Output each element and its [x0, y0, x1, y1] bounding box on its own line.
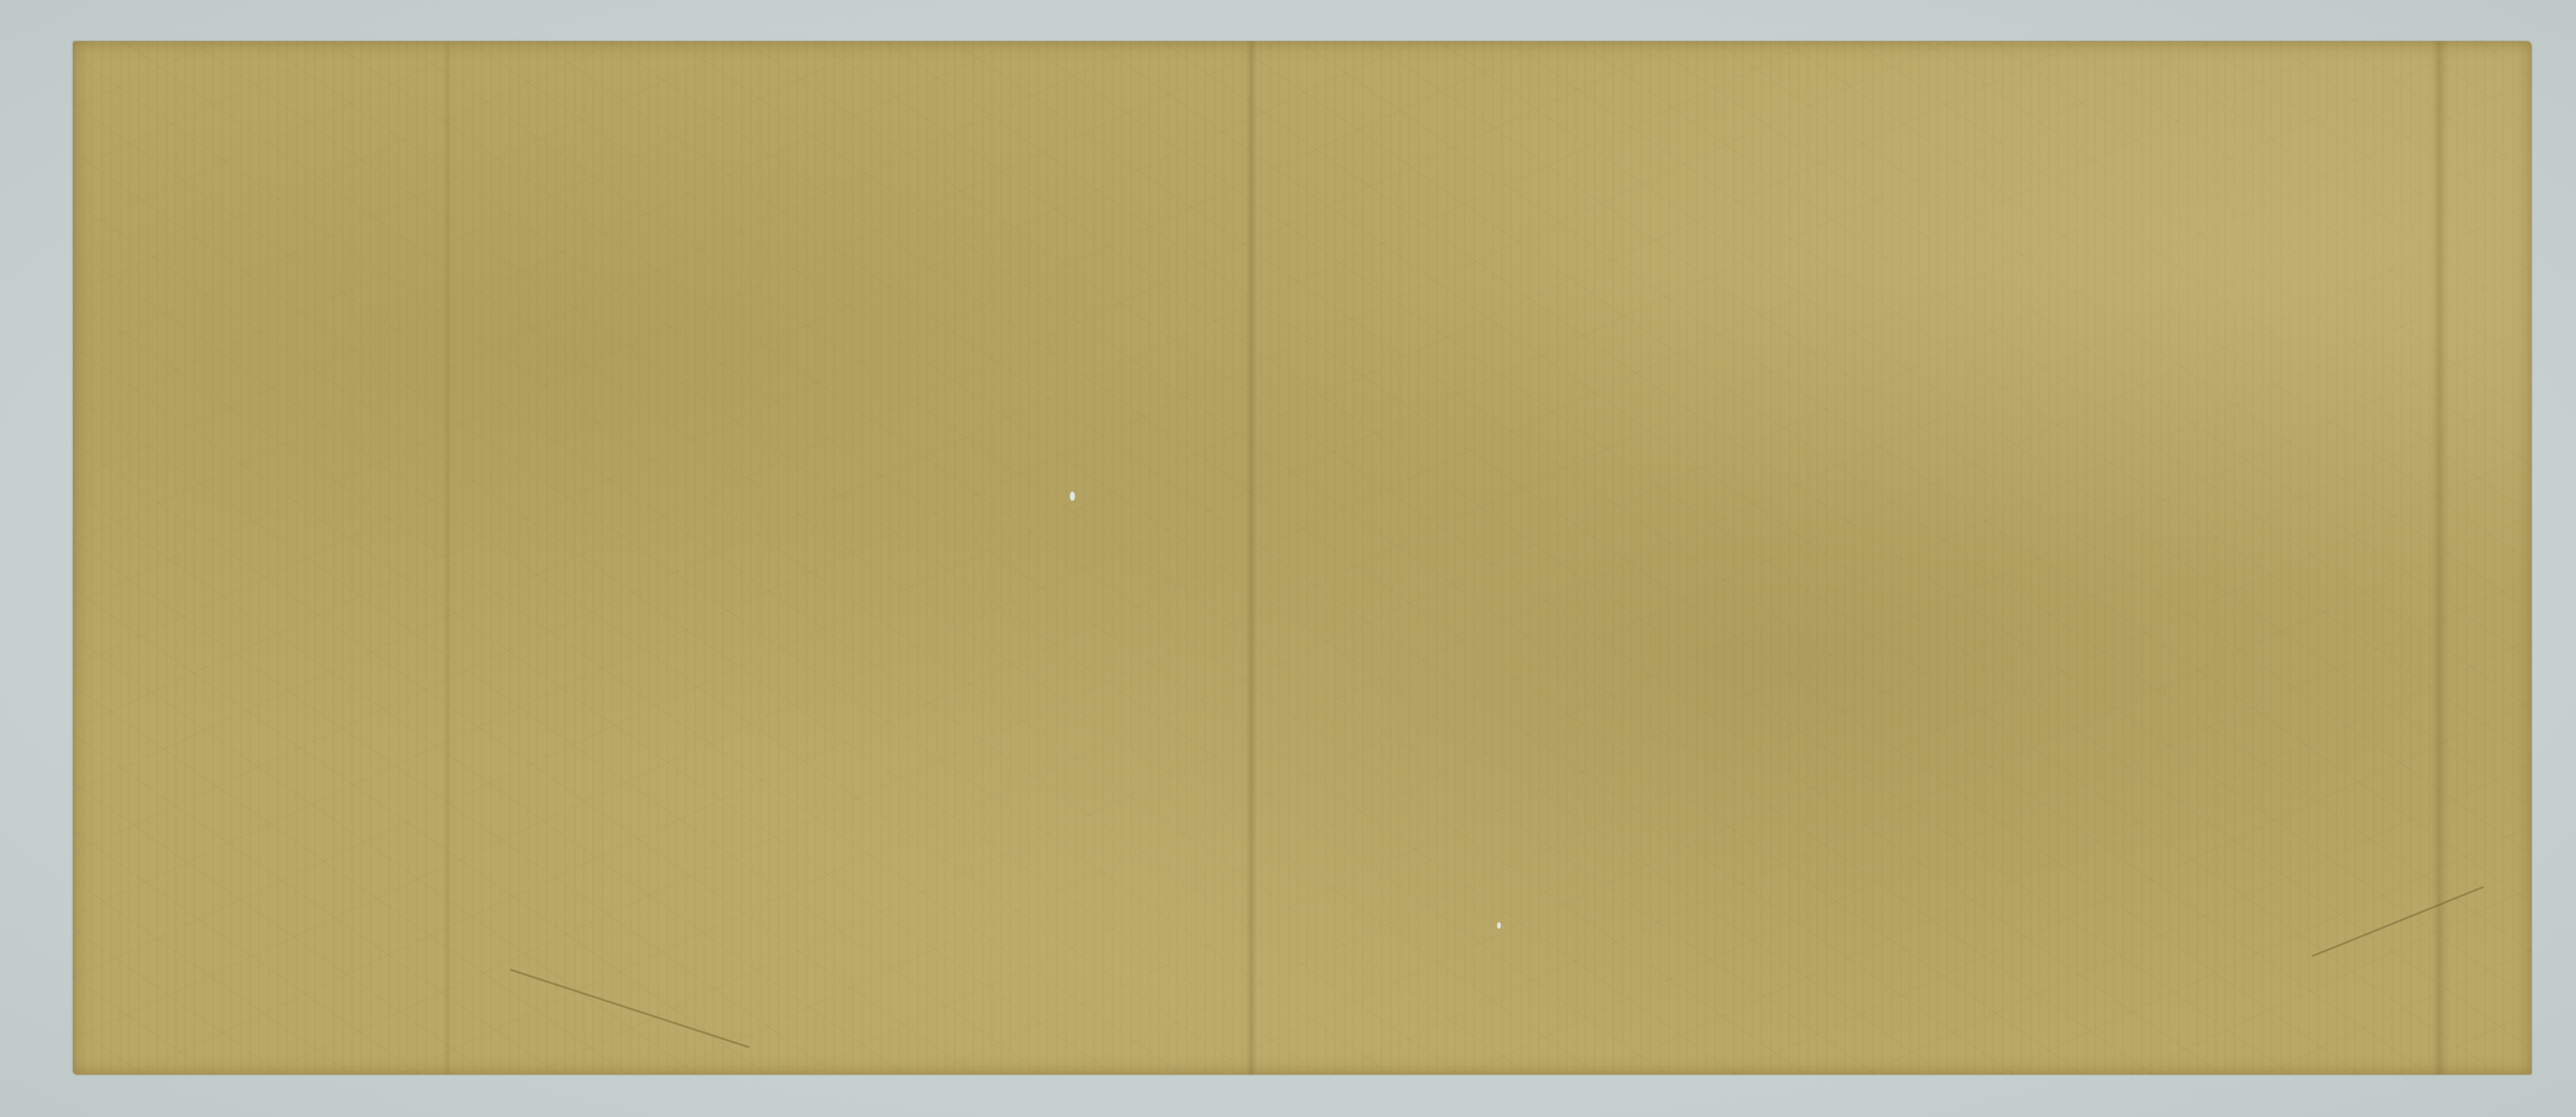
paper-crease [2311, 886, 2484, 957]
paper-speck [1497, 922, 1501, 929]
aged-paper-note [73, 41, 2532, 1075]
paper-crease [510, 969, 750, 1048]
paper-speck [1070, 492, 1075, 501]
vertical-fold-line-right [2431, 41, 2448, 1075]
vertical-fold-line-left [444, 41, 452, 1075]
vertical-fold-line [1245, 41, 1257, 1075]
